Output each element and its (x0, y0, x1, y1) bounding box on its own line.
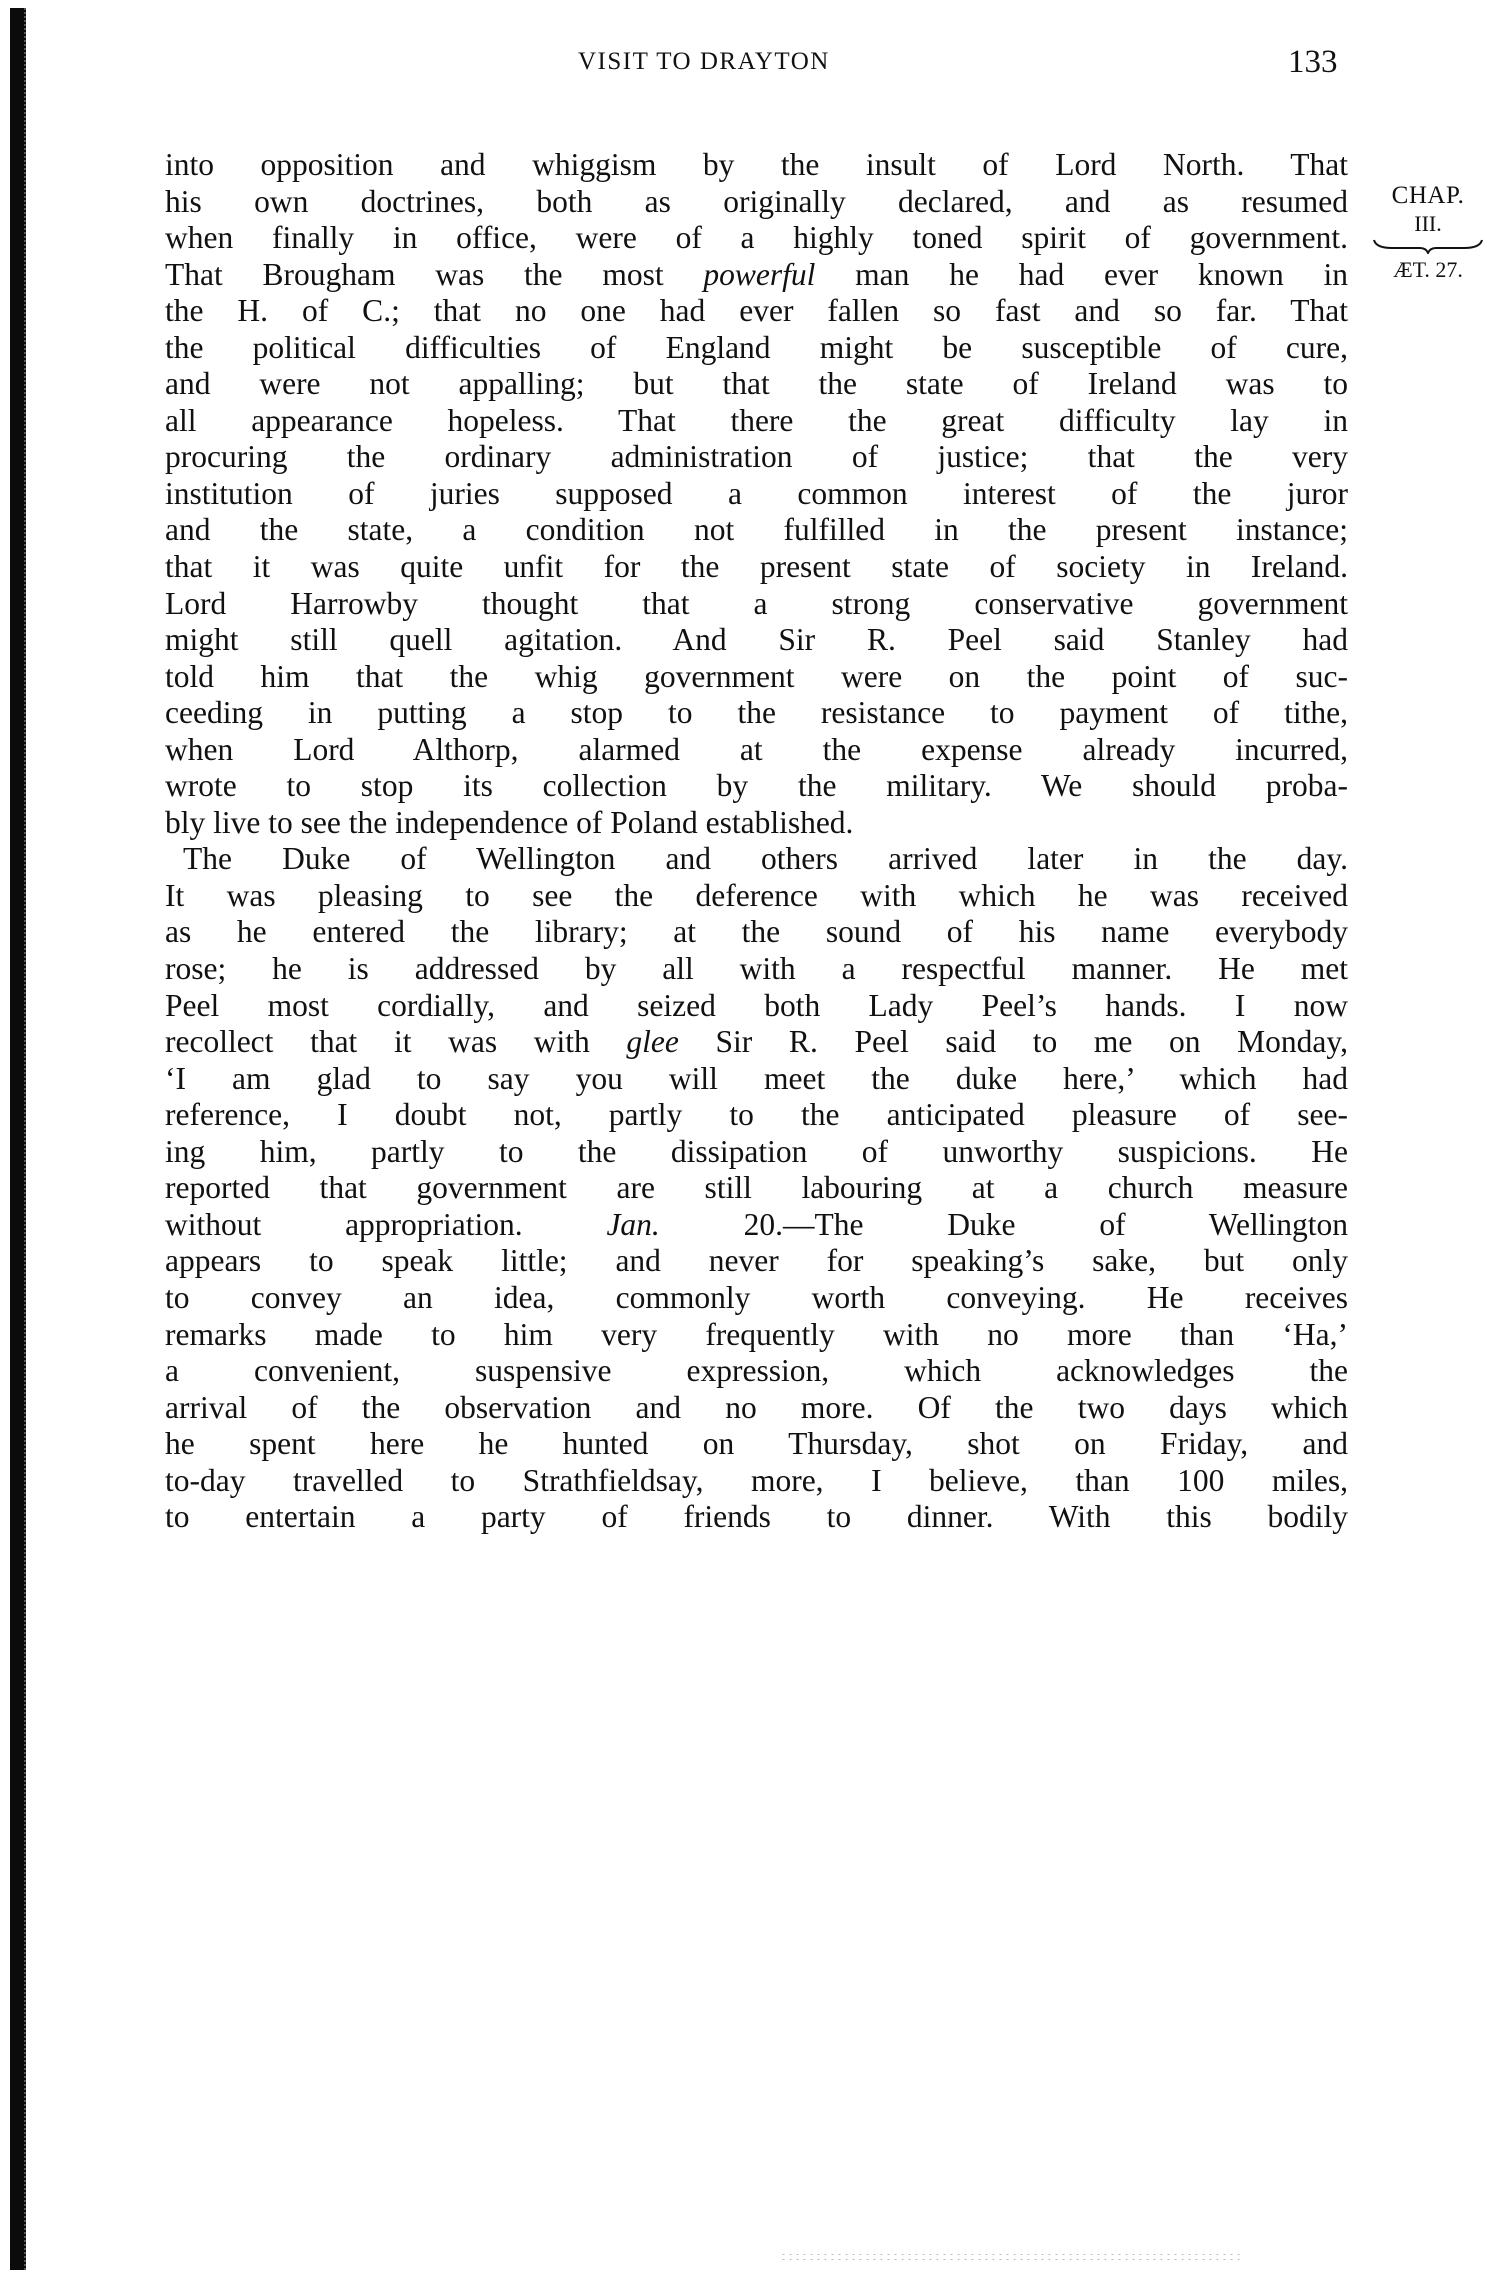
text-segment: Lord Harrowby thought that a strong cons… (165, 586, 1348, 621)
body-text: into opposition and whiggism by the insu… (165, 147, 1348, 1536)
text-segment: a convenient, suspensive expression, whi… (165, 1353, 1348, 1388)
text-segment: told him that the whig government were o… (165, 659, 1348, 694)
text-segment: when Lord Althorp, alarmed at the expens… (165, 732, 1348, 767)
text-line-content: into opposition and whiggism by the insu… (165, 147, 1348, 184)
text-line: the political difficulties of England mi… (165, 330, 1348, 367)
text-line-content: ceeding in putting a stop to the resista… (165, 695, 1348, 732)
text-line-content: Peel most cordially, and seized both Lad… (165, 988, 1348, 1025)
text-segment: procuring the ordinary administration of… (165, 439, 1348, 474)
text-line: as he entered the library; at the sound … (165, 914, 1348, 951)
text-line-content: when finally in office, were of a highly… (165, 220, 1348, 257)
text-line: when Lord Althorp, alarmed at the expens… (165, 732, 1348, 769)
text-line: his own doctrines, both as originally de… (165, 184, 1348, 221)
text-segment: The Duke of Wellington and others arrive… (183, 841, 1348, 876)
text-line: appears to speak little; and never for s… (165, 1243, 1348, 1280)
text-line-content: The Duke of Wellington and others arrive… (183, 841, 1348, 878)
text-line: told him that the whig government were o… (165, 659, 1348, 696)
text-line-content: all appearance hopeless. That there the … (165, 403, 1348, 440)
text-segment: remarks made to him very frequently with… (165, 1317, 1348, 1352)
text-segment: bly live to see the independence of Pola… (165, 805, 853, 840)
text-segment: arrival of the observation and no more. … (165, 1390, 1348, 1425)
italic-text-segment: Jan. (606, 1207, 659, 1242)
text-line: to-day travelled to Strathfieldsay, more… (165, 1463, 1348, 1500)
italic-text-segment: powerful (703, 257, 815, 292)
page-number: 133 (1288, 44, 1338, 81)
text-line-content: institution of juries supposed a common … (165, 476, 1348, 513)
text-line-content: procuring the ordinary administration of… (165, 439, 1348, 476)
text-line-content: wrote to stop its collection by the mili… (165, 768, 1348, 805)
text-segment: Sir R. Peel said to me on Monday, (679, 1024, 1348, 1059)
text-line-content: That Brougham was the most powerful man … (165, 257, 1348, 294)
text-line-content: reference, I doubt not, partly to the an… (165, 1097, 1348, 1134)
text-line-content: and the state, a condition not fulfilled… (165, 512, 1348, 549)
text-line: without appropriation. Jan. 20.—The Duke… (165, 1207, 1348, 1244)
text-line-content: without appropriation. Jan. 20.—The Duke… (165, 1207, 1348, 1244)
text-line: ‘I am glad to say you will meet the duke… (165, 1061, 1348, 1098)
text-segment: that it was quite unfit for the present … (165, 549, 1348, 584)
running-head: VISIT TO DRAYTON 133 (0, 48, 1491, 88)
running-title: VISIT TO DRAYTON (578, 48, 830, 76)
text-segment: man he had ever known in (815, 257, 1348, 292)
text-line: reported that government are still labou… (165, 1170, 1348, 1207)
text-segment: 20.—The Duke of Wellington (660, 1207, 1348, 1242)
text-segment: might still quell agitation. And Sir R. … (165, 622, 1348, 657)
text-line-content: bly live to see the independence of Pola… (165, 805, 1348, 842)
text-segment: he spent here he hunted on Thursday, sho… (165, 1426, 1348, 1461)
text-line-content: when Lord Althorp, alarmed at the expens… (165, 732, 1348, 769)
text-segment: That Brougham was the most (165, 257, 703, 292)
text-segment: and the state, a condition not fulfilled… (165, 512, 1348, 547)
text-line-content: to entertain a party of friends to dinne… (165, 1499, 1348, 1536)
text-line: might still quell agitation. And Sir R. … (165, 622, 1348, 659)
text-line-content: and were not appalling; but that the sta… (165, 366, 1348, 403)
text-line: That Brougham was the most powerful man … (165, 257, 1348, 294)
text-line: remarks made to him very frequently with… (165, 1317, 1348, 1354)
text-segment: reported that government are still labou… (165, 1170, 1348, 1205)
text-line: the H. of C.; that no one had ever falle… (165, 293, 1348, 330)
text-segment: when finally in office, were of a highly… (165, 220, 1348, 255)
brace-icon (1372, 238, 1484, 254)
text-segment: the political difficulties of England mi… (165, 330, 1348, 365)
scan-artifacts (780, 2252, 1240, 2260)
text-line: institution of juries supposed a common … (165, 476, 1348, 513)
text-line: ceeding in putting a stop to the resista… (165, 695, 1348, 732)
text-segment: It was pleasing to see the deference wit… (165, 878, 1348, 913)
text-segment: ing him, partly to the dissipation of un… (165, 1134, 1348, 1169)
text-segment: institution of juries supposed a common … (165, 476, 1348, 511)
text-segment: all appearance hopeless. That there the … (165, 403, 1348, 438)
text-line: reference, I doubt not, partly to the an… (165, 1097, 1348, 1134)
text-line: to convey an idea, commonly worth convey… (165, 1280, 1348, 1317)
text-segment: his own doctrines, both as originally de… (165, 184, 1348, 219)
text-line-content: the political difficulties of England mi… (165, 330, 1348, 367)
text-segment: rose; he is addressed by all with a resp… (165, 951, 1348, 986)
text-line-content: reported that government are still labou… (165, 1170, 1348, 1207)
text-line: Lord Harrowby thought that a strong cons… (165, 586, 1348, 623)
text-line: that it was quite unfit for the present … (165, 549, 1348, 586)
text-segment: recollect that it was with (165, 1024, 626, 1059)
text-line-content: remarks made to him very frequently with… (165, 1317, 1348, 1354)
text-segment: to convey an idea, commonly worth convey… (165, 1280, 1348, 1315)
text-line: The Duke of Wellington and others arrive… (165, 841, 1348, 878)
text-segment: ceeding in putting a stop to the resista… (165, 695, 1348, 730)
text-line-content: his own doctrines, both as originally de… (165, 184, 1348, 221)
text-segment: without appropriation. (165, 1207, 606, 1242)
text-line-content: It was pleasing to see the deference wit… (165, 878, 1348, 915)
text-line: bly live to see the independence of Pola… (165, 805, 1348, 842)
text-segment: as he entered the library; at the sound … (165, 914, 1348, 949)
text-segment: ‘I am glad to say you will meet the duke… (165, 1061, 1348, 1096)
margin-age: ÆT. 27. (1365, 256, 1491, 284)
text-line-content: appears to speak little; and never for s… (165, 1243, 1348, 1280)
text-line: when finally in office, were of a highly… (165, 220, 1348, 257)
text-line: arrival of the observation and no more. … (165, 1390, 1348, 1427)
text-line-content: ing him, partly to the dissipation of un… (165, 1134, 1348, 1171)
text-segment: wrote to stop its collection by the mili… (165, 768, 1348, 803)
text-segment: into opposition and whiggism by the insu… (165, 147, 1348, 182)
text-line-content: recollect that it was with glee Sir R. P… (165, 1024, 1348, 1061)
text-segment: reference, I doubt not, partly to the an… (165, 1097, 1348, 1132)
text-line-content: rose; he is addressed by all with a resp… (165, 951, 1348, 988)
margin-chapter-number: III. (1365, 210, 1491, 238)
text-line: to entertain a party of friends to dinne… (165, 1499, 1348, 1536)
text-line-content: that it was quite unfit for the present … (165, 549, 1348, 586)
text-line-content: the H. of C.; that no one had ever falle… (165, 293, 1348, 330)
text-segment: to-day travelled to Strathfieldsay, more… (165, 1463, 1348, 1498)
text-segment: the H. of C.; that no one had ever falle… (165, 293, 1348, 328)
text-line-content: to-day travelled to Strathfieldsay, more… (165, 1463, 1348, 1500)
text-line-content: to convey an idea, commonly worth convey… (165, 1280, 1348, 1317)
text-line-content: a convenient, suspensive expression, whi… (165, 1353, 1348, 1390)
text-line: procuring the ordinary administration of… (165, 439, 1348, 476)
text-line-content: he spent here he hunted on Thursday, sho… (165, 1426, 1348, 1463)
italic-text-segment: glee (626, 1024, 678, 1059)
text-line-content: told him that the whig government were o… (165, 659, 1348, 696)
page-binding-edge (10, 8, 26, 2270)
text-line: he spent here he hunted on Thursday, sho… (165, 1426, 1348, 1463)
text-line: recollect that it was with glee Sir R. P… (165, 1024, 1348, 1061)
text-segment: and were not appalling; but that the sta… (165, 366, 1348, 401)
text-line-content: arrival of the observation and no more. … (165, 1390, 1348, 1427)
text-line: rose; he is addressed by all with a resp… (165, 951, 1348, 988)
text-line: and were not appalling; but that the sta… (165, 366, 1348, 403)
text-line-content: Lord Harrowby thought that a strong cons… (165, 586, 1348, 623)
text-segment: appears to speak little; and never for s… (165, 1243, 1348, 1278)
margin-chapter-label: CHAP. (1365, 182, 1491, 210)
text-line-content: might still quell agitation. And Sir R. … (165, 622, 1348, 659)
text-segment: to entertain a party of friends to dinne… (165, 1499, 1348, 1534)
text-line: all appearance hopeless. That there the … (165, 403, 1348, 440)
text-line: into opposition and whiggism by the insu… (165, 147, 1348, 184)
text-line: ing him, partly to the dissipation of un… (165, 1134, 1348, 1171)
text-line: Peel most cordially, and seized both Lad… (165, 988, 1348, 1025)
margin-note: CHAP. III. ÆT. 27. (1365, 182, 1491, 284)
text-line: wrote to stop its collection by the mili… (165, 768, 1348, 805)
text-line: It was pleasing to see the deference wit… (165, 878, 1348, 915)
text-line-content: as he entered the library; at the sound … (165, 914, 1348, 951)
text-line: and the state, a condition not fulfilled… (165, 512, 1348, 549)
text-segment: Peel most cordially, and seized both Lad… (165, 988, 1348, 1023)
text-line-content: ‘I am glad to say you will meet the duke… (165, 1061, 1348, 1098)
text-line: a convenient, suspensive expression, whi… (165, 1353, 1348, 1390)
